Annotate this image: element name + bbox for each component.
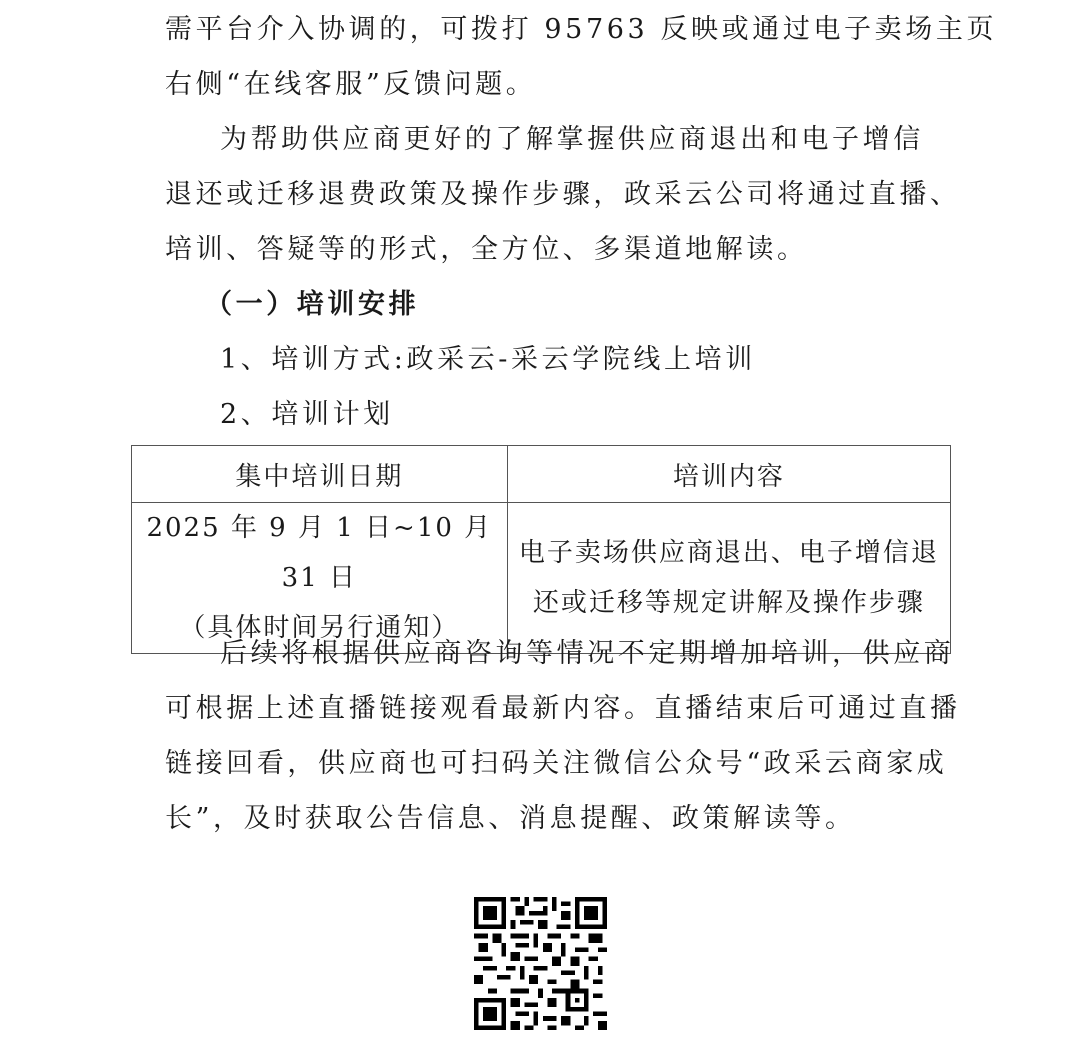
qr-code-icon[interactable] <box>474 897 607 1030</box>
date-range: 2025 年 9 月 1 日~10 月 31 日 <box>132 503 507 603</box>
cell-training-date: 2025 年 9 月 1 日~10 月 31 日 （具体时间另行通知） <box>132 503 508 654</box>
table-row: 2025 年 9 月 1 日~10 月 31 日 （具体时间另行通知） 电子卖场… <box>132 503 951 654</box>
cell-training-content: 电子卖场供应商退出、电子增信退 还或迁移等规定讲解及操作步骤 <box>507 503 950 654</box>
section-heading: （一）培训安排 <box>205 287 419 323</box>
closing-line-3: 链接回看，供应商也可扫码关注微信公众号“政采云商家成 <box>165 746 947 782</box>
content-line-2: 还或迁移等规定讲解及操作步骤 <box>508 578 950 628</box>
paragraph-1-line-2: 右侧“在线客服”反馈问题。 <box>165 67 536 103</box>
paragraph-1-line-1: 需平台介入协调的，可拨打 95763 反映或通过电子卖场主页 <box>165 12 997 48</box>
paragraph-2-line-2: 退还或迁移退费政策及操作步骤，政采云公司将通过直播、 <box>165 177 961 213</box>
closing-line-1: 后续将根据供应商咨询等情况不定期增加培训，供应商 <box>220 636 954 672</box>
content-line-1: 电子卖场供应商退出、电子增信退 <box>508 528 950 578</box>
paragraph-2-line-3: 培训、答疑等的形式，全方位、多渠道地解读。 <box>165 232 808 268</box>
training-plan-table: 集中培训日期 培训内容 2025 年 9 月 1 日~10 月 31 日 （具体… <box>131 445 951 654</box>
list-item-training-plan: 2、培训计划 <box>220 397 394 433</box>
table-header-row: 集中培训日期 培训内容 <box>132 446 951 503</box>
closing-line-2: 可根据上述直播链接观看最新内容。直播结束后可通过直播 <box>165 691 961 727</box>
header-training-date: 集中培训日期 <box>132 446 508 503</box>
paragraph-2-line-1: 为帮助供应商更好的了解掌握供应商退出和电子增信 <box>220 122 924 158</box>
closing-line-4: 长”，及时获取公告信息、消息提醒、政策解读等。 <box>165 801 856 837</box>
header-training-content: 培训内容 <box>507 446 950 503</box>
list-item-training-method: 1、培训方式:政采云-采云学院线上培训 <box>220 342 756 378</box>
